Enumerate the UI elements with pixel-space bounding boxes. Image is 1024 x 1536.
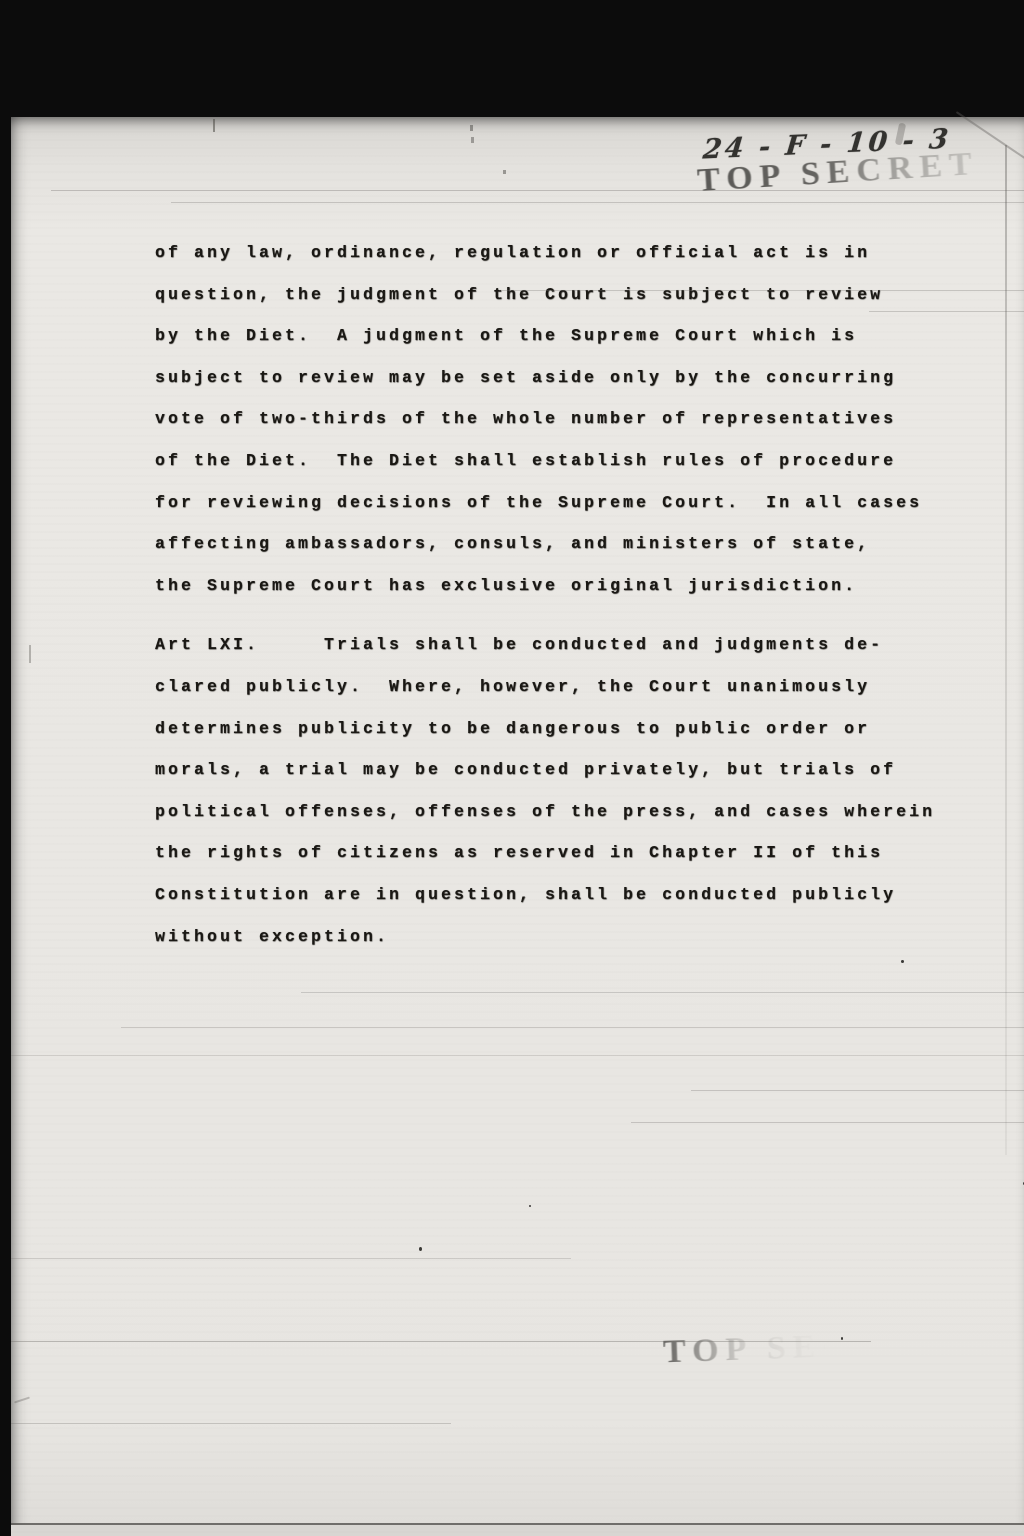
text-line: political offenses, offenses of the pres… [155,802,985,844]
page-edge-line [11,1523,1024,1525]
scan-line-artifact [171,202,1024,203]
text-line: without exception. [155,927,985,969]
text-line: of any law, ordinance, regulation or off… [155,243,985,285]
ink-mark [471,137,474,143]
typewritten-text: of any law, ordinance, regulation or off… [155,243,985,968]
scan-line-artifact [121,1027,1024,1028]
scan-line-artifact [11,1423,451,1424]
text-line: of the Diet. The Diet shall establish ru… [155,451,985,493]
dust-speck [419,1247,422,1251]
scan-line-artifact [631,1122,1024,1123]
text-line: determines publicity to be dangerous to … [155,719,985,761]
ink-mark [470,125,473,131]
dust-speck [901,960,904,963]
text-line: subject to review may be set aside only … [155,368,985,410]
text-line: by the Diet. A judgment of the Supreme C… [155,326,985,368]
top-secret-stamp-lower: TOP SECRET [662,1325,945,1371]
ink-mark [503,170,506,174]
dust-speck [841,1337,843,1340]
text-line: Constitution are in question, shall be c… [155,885,985,927]
scan-line-artifact [691,1090,1024,1091]
scan-line-artifact [11,1055,1024,1056]
scan-line-artifact [51,190,1024,191]
ink-mark [213,119,215,132]
paper-fold-line [1005,145,1007,1155]
scan-line-artifact [869,311,1024,312]
margin-mark [29,645,31,663]
page-bottom-shading [11,1525,1024,1536]
text-line: clared publicly. Where, however, the Cou… [155,677,985,719]
text-line: for reviewing decisions of the Supreme C… [155,493,985,535]
paper-sheet: 24 - F - 10 - 3 TOP SECRET of any law, o… [11,117,1024,1536]
text-line: the Supreme Court has exclusive original… [155,576,985,618]
text-line: morals, a trial may be conducted private… [155,760,985,802]
margin-mark [14,1397,30,1404]
paragraph-article-lx-continuation: of any law, ordinance, regulation or off… [155,243,985,617]
scan-line-artifact [11,1341,871,1342]
dust-speck [529,1205,531,1207]
scan-line-artifact [11,1258,571,1259]
text-line: the rights of citizens as reserved in Ch… [155,843,985,885]
scan-line-artifact [499,290,1024,291]
text-line: vote of two-thirds of the whole number o… [155,409,985,451]
text-line: affecting ambassadors, consuls, and mini… [155,534,985,576]
text-line: Art LXI. Trials shall be conducted and j… [155,635,985,677]
scanned-document-page: { "document": { "reference_number": "24 … [0,0,1024,1536]
scan-line-artifact [301,992,1024,993]
paragraph-article-lxi: Art LXI. Trials shall be conducted and j… [155,635,985,968]
